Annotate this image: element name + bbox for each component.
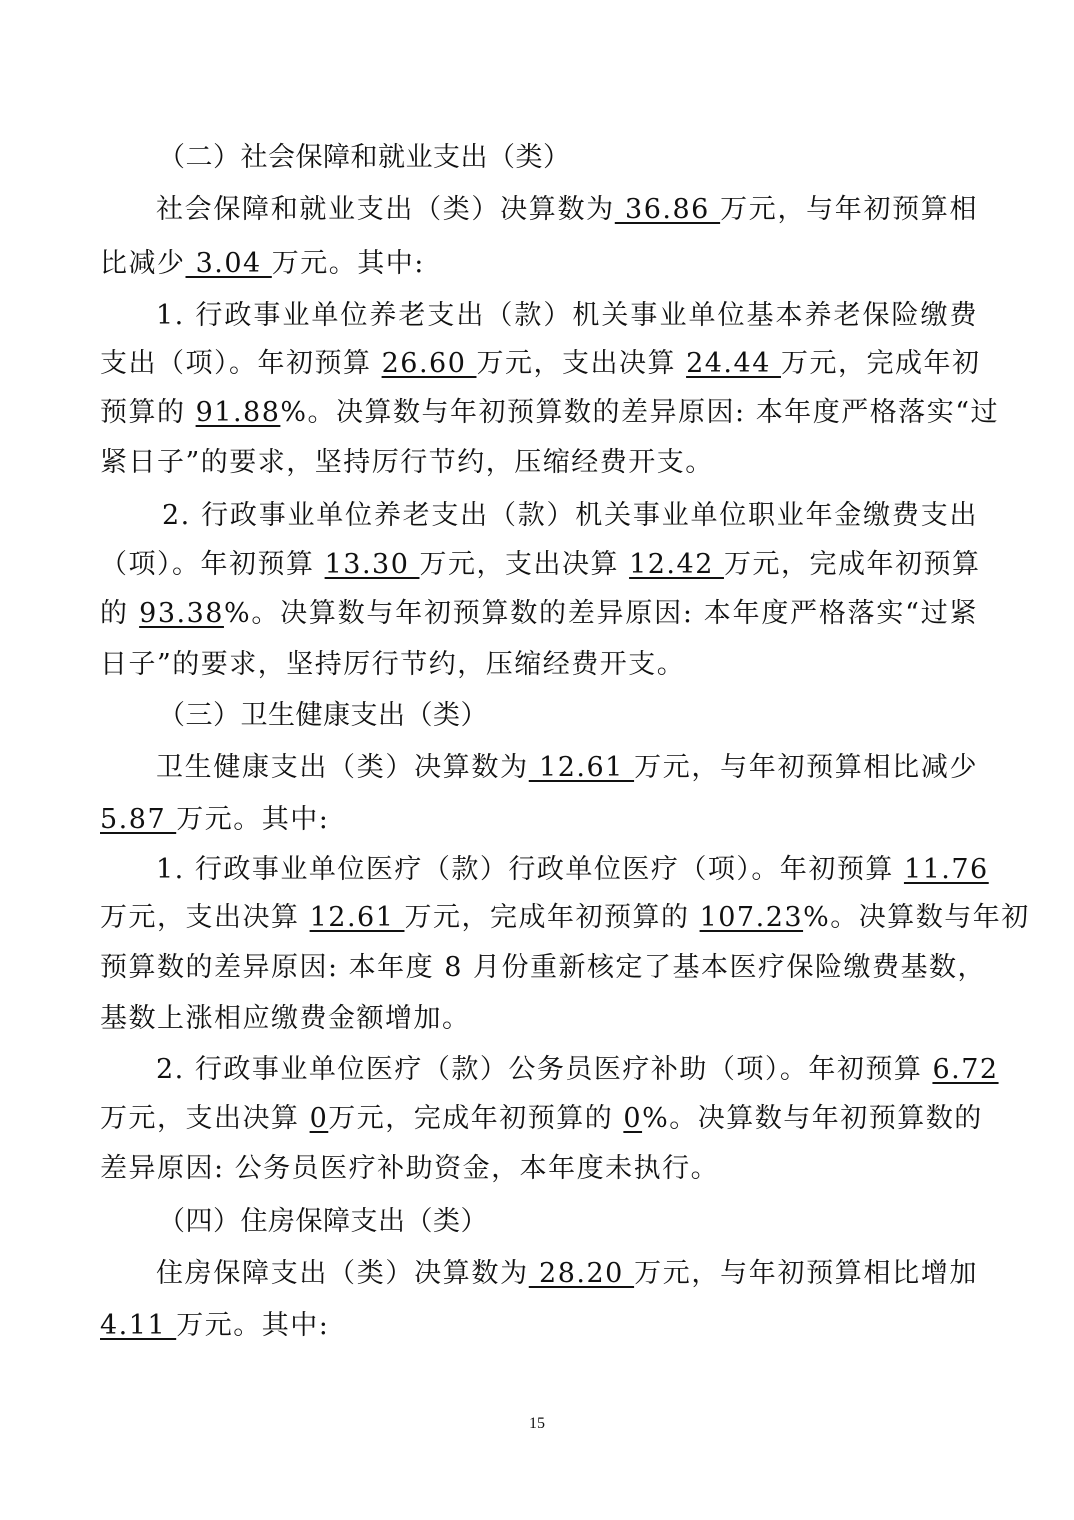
paragraph-line: 预算数的差异原因: 本年度 8 月份重新核定了基本医疗保险缴费基数， bbox=[100, 948, 978, 988]
amount-change: 3.04 bbox=[186, 248, 272, 279]
page-number: 15 bbox=[0, 1415, 1074, 1433]
paragraph-line: 支出（项）。年初预算 26.60 万元，支出决算 24.44 万元，完成年初 bbox=[100, 344, 978, 384]
amount-total: 12.61 bbox=[529, 752, 634, 783]
paragraph-line: 2. 行政事业单位医疗（款）公务员医疗补助（项）。年初预算 6.72 bbox=[156, 1050, 978, 1090]
section-heading: （三）卫生健康支出（类） bbox=[158, 696, 1036, 736]
completion-rate: 0 bbox=[623, 1103, 642, 1134]
amount-budget: 26.60 bbox=[382, 348, 477, 379]
paragraph-line: 日子”的要求，坚持厉行节约，压缩经费开支。 bbox=[100, 645, 978, 685]
paragraph-line: 预算的 91.88%。决算数与年初预算数的差异原因: 本年度严格落实“过 bbox=[100, 393, 978, 433]
paragraph-line: （项）。年初预算 13.30 万元，支出决算 12.42 万元，完成年初预算 bbox=[100, 545, 978, 585]
completion-rate: 91.88 bbox=[196, 397, 281, 428]
section-heading: （四）住房保障支出（类） bbox=[158, 1202, 1036, 1242]
amount-total: 36.86 bbox=[615, 194, 720, 225]
paragraph-line: 差异原因: 公务员医疗补助资金，本年度未执行。 bbox=[100, 1149, 978, 1189]
paragraph-line: 2. 行政事业单位养老支出（款）机关事业单位职业年金缴费支出 bbox=[162, 496, 978, 536]
paragraph-line: 5.87 万元。其中: bbox=[100, 800, 978, 840]
paragraph-line: 万元，支出决算 12.61 万元，完成年初预算的 107.23%。决算数与年初 bbox=[100, 898, 978, 938]
section-heading: （二）社会保障和就业支出（类） bbox=[158, 138, 1036, 178]
amount-actual: 12.61 bbox=[310, 902, 405, 933]
amount-change: 5.87 bbox=[100, 804, 176, 835]
amount-budget: 11.76 bbox=[904, 854, 989, 885]
completion-rate: 93.38 bbox=[139, 598, 224, 629]
paragraph-line: 1. 行政事业单位医疗（款）行政单位医疗（项）。年初预算 11.76 bbox=[156, 850, 978, 890]
amount-budget: 13.30 bbox=[325, 549, 420, 580]
paragraph-line: 4.11 万元。其中: bbox=[100, 1306, 978, 1346]
document-page: （二）社会保障和就业支出（类） 社会保障和就业支出（类）决算数为 36.86 万… bbox=[0, 0, 1074, 1520]
paragraph-line: 1. 行政事业单位养老支出（款）机关事业单位基本养老保险缴费 bbox=[156, 296, 978, 336]
paragraph-line: 比减少 3.04 万元。其中: bbox=[100, 244, 978, 284]
paragraph-line: 住房保障支出（类）决算数为 28.20 万元，与年初预算相比增加 bbox=[156, 1254, 978, 1294]
amount-budget: 6.72 bbox=[932, 1054, 998, 1085]
paragraph-line: 基数上涨相应缴费金额增加。 bbox=[100, 999, 978, 1039]
paragraph-line: 卫生健康支出（类）决算数为 12.61 万元，与年初预算相比减少 bbox=[156, 748, 978, 788]
amount-actual: 24.44 bbox=[686, 348, 781, 379]
amount-actual: 0 bbox=[310, 1103, 329, 1134]
paragraph-line: 的 93.38%。决算数与年初预算数的差异原因: 本年度严格落实“过紧 bbox=[100, 594, 978, 634]
paragraph-line: 紧日子”的要求，坚持厉行节约，压缩经费开支。 bbox=[100, 443, 978, 483]
amount-actual: 12.42 bbox=[629, 549, 724, 580]
amount-change: 4.11 bbox=[100, 1310, 176, 1341]
paragraph-line: 社会保障和就业支出（类）决算数为 36.86 万元，与年初预算相 bbox=[156, 190, 978, 230]
completion-rate: 107.23 bbox=[700, 902, 803, 933]
amount-total: 28.20 bbox=[529, 1258, 634, 1289]
paragraph-line: 万元，支出决算 0万元，完成年初预算的 0%。决算数与年初预算数的 bbox=[100, 1099, 978, 1139]
